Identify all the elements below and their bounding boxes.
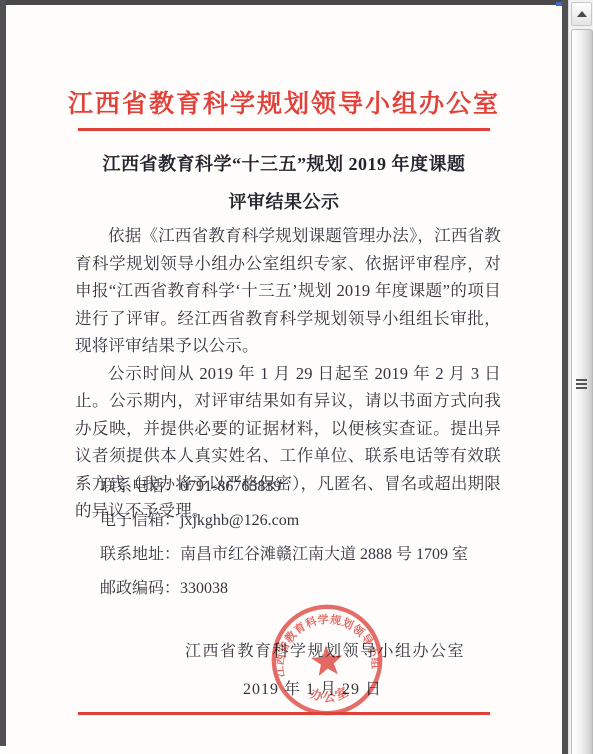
window-frame-left	[0, 0, 6, 746]
contact-phone-label: 联系电话：	[100, 478, 180, 495]
contact-phone-value: 0791-86765839	[180, 478, 281, 495]
scrollbar-grip-icon	[576, 379, 587, 391]
contact-email: 电子信箱：jxjkghb@126.com	[100, 510, 468, 544]
contact-block: 联系电话：0791-86765839 电子信箱：jxjkghb@126.com …	[100, 476, 468, 612]
body-paragraph-1: 依据《江西省教育科学规划课题管理办法》，江西省教育科学规划领导小组办公室组织专家…	[75, 222, 501, 360]
scrollbar-thumb[interactable]	[571, 29, 593, 754]
official-seal: 江西省教育科学规划领导小组 办公室	[264, 597, 390, 723]
contact-phone: 联系电话：0791-86765839	[100, 476, 468, 510]
contact-postcode-label: 邮政编码：	[100, 580, 180, 597]
seal-bottom-text: 办公室	[307, 683, 353, 706]
letterhead-divider	[78, 128, 490, 131]
contact-email-label: 电子信箱：	[100, 512, 180, 529]
window-accent-mark	[556, 2, 562, 6]
document-title-line1: 江西省教育科学“十三五”规划 2019 年度课题	[6, 150, 562, 176]
screen: 江西省教育科学规划领导小组办公室 江西省教育科学“十三五”规划 2019 年度课…	[0, 0, 593, 754]
scroll-up-button[interactable]	[571, 2, 592, 26]
letterhead-org-name: 江西省教育科学规划领导小组办公室	[6, 84, 562, 120]
contact-postcode-value: 330038	[180, 580, 228, 597]
contact-email-value: jxjkghb@126.com	[180, 512, 299, 529]
document-page: 江西省教育科学规划领导小组办公室 江西省教育科学“十三五”规划 2019 年度课…	[6, 5, 562, 754]
document-title-line2: 评审结果公示	[6, 188, 562, 214]
contact-address-label: 联系地址：	[100, 546, 180, 563]
window-frame-top	[0, 0, 568, 5]
seal-star-icon	[310, 644, 344, 676]
svg-text:办公室: 办公室	[307, 683, 353, 706]
vertical-scrollbar[interactable]	[568, 0, 593, 754]
footer-divider	[78, 712, 490, 715]
contact-address-value: 南昌市红谷滩赣江南大道 2888 号 1709 室	[180, 546, 468, 563]
up-arrow-icon	[577, 11, 587, 17]
contact-address: 联系地址：南昌市红谷滩赣江南大道 2888 号 1709 室	[100, 544, 468, 578]
